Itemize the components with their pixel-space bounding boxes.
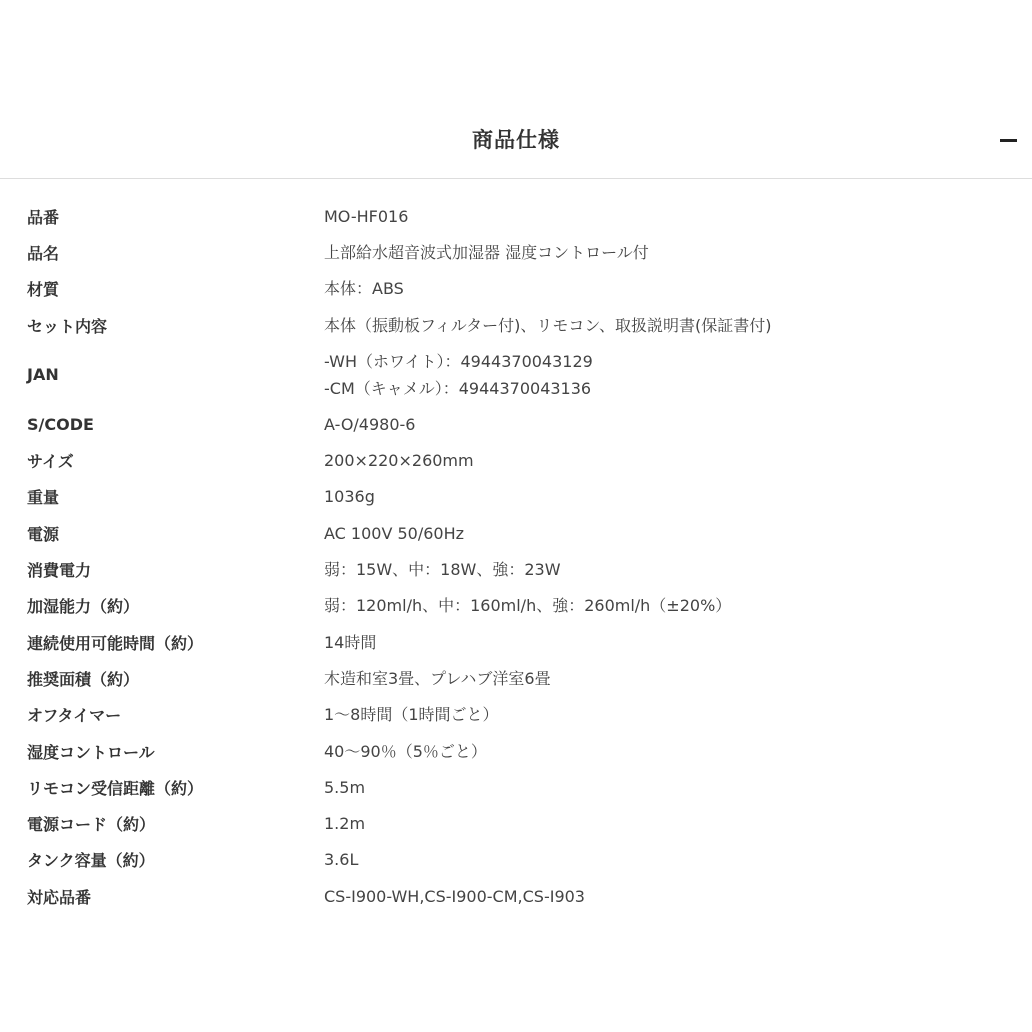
spec-value: 1〜8時間（1時間ごと） <box>324 701 1032 728</box>
spec-row-remote-range: リモコン受信距離（約） 5.5m <box>0 769 1032 805</box>
spec-value: 200×220×260mm <box>324 447 1032 474</box>
spec-label: 消費電力 <box>0 558 324 581</box>
jan-camel: -CM（キャメル）：4944370043136 <box>324 375 1032 402</box>
spec-label: タンク容量（約） <box>0 848 324 871</box>
spec-value: 5.5m <box>324 774 1032 801</box>
spec-value: CS-I900-WH,CS-I900-CM,CS-I903 <box>324 883 1032 910</box>
spec-label: オフタイマー <box>0 703 324 726</box>
spec-row-humidifying-capacity: 加湿能力（約） 弱：120ml/h、中：160ml/h、強：260ml/h（±2… <box>0 588 1032 624</box>
jan-white: -WH（ホワイト）：4944370043129 <box>324 348 1032 375</box>
spec-table: 品番 MO-HF016 品名 上部給水超音波式加湿器 湿度コントロール付 材質 … <box>0 198 1032 914</box>
spec-value: MO-HF016 <box>324 203 1032 230</box>
spec-value: -WH（ホワイト）：4944370043129 -CM（キャメル）：494437… <box>324 348 1032 402</box>
spec-value: 14時間 <box>324 629 1032 656</box>
spec-row-tank-capacity: タンク容量（約） 3.6L <box>0 842 1032 878</box>
spec-label: 重量 <box>0 485 324 508</box>
spec-row-set-contents: セット内容 本体（振動板フィルター付)、リモコン、取扱説明書(保証書付) <box>0 307 1032 343</box>
spec-value: A-O/4980-6 <box>324 411 1032 438</box>
spec-value: AC 100V 50/60Hz <box>324 520 1032 547</box>
spec-label: セット内容 <box>0 314 324 337</box>
spec-row-compatible-models: 対応品番 CS-I900-WH,CS-I900-CM,CS-I903 <box>0 878 1032 914</box>
spec-value: 40〜90％（5％ごと） <box>324 738 1032 765</box>
spec-value: 1036g <box>324 483 1032 510</box>
spec-row-power-consumption: 消費電力 弱：15W、中：18W、強：23W <box>0 551 1032 587</box>
section-title: 商品仕様 <box>0 124 1032 154</box>
spec-value: 弱：120ml/h、中：160ml/h、強：260ml/h（±20%） <box>324 592 1032 619</box>
spec-label: S/CODE <box>0 415 324 434</box>
spec-label: 電源コード（約） <box>0 812 324 835</box>
spec-row-humidity-control: 湿度コントロール 40〜90％（5％ごと） <box>0 733 1032 769</box>
spec-label: 材質 <box>0 277 324 300</box>
spec-label: 湿度コントロール <box>0 740 324 763</box>
spec-value: 3.6L <box>324 846 1032 873</box>
spec-row-continuous-use: 連続使用可能時間（約） 14時間 <box>0 624 1032 660</box>
spec-label: 推奨面積（約） <box>0 667 324 690</box>
spec-label: 対応品番 <box>0 885 324 908</box>
spec-row-part-number: 品番 MO-HF016 <box>0 198 1032 234</box>
accordion-header[interactable]: 商品仕様 <box>0 104 1032 179</box>
spec-row-product-name: 品名 上部給水超音波式加湿器 湿度コントロール付 <box>0 234 1032 270</box>
spec-label: リモコン受信距離（約） <box>0 776 324 799</box>
spec-value: 本体：ABS <box>324 275 1032 302</box>
spec-label: 連続使用可能時間（約） <box>0 631 324 654</box>
spec-label: サイズ <box>0 449 324 472</box>
spec-label: 品番 <box>0 205 324 228</box>
spec-value: 弱：15W、中：18W、強：23W <box>324 556 1032 583</box>
spec-row-size: サイズ 200×220×260mm <box>0 442 1032 478</box>
spec-value: 1.2m <box>324 810 1032 837</box>
spec-row-jan: JAN -WH（ホワイト）：4944370043129 -CM（キャメル）：49… <box>0 343 1032 406</box>
spec-row-power-cord: 電源コード（約） 1.2m <box>0 805 1032 841</box>
minus-icon[interactable] <box>1000 139 1017 142</box>
spec-row-off-timer: オフタイマー 1〜8時間（1時間ごと） <box>0 697 1032 733</box>
spec-value: 木造和室3畳、プレハブ洋室6畳 <box>324 665 1032 692</box>
spec-value: 本体（振動板フィルター付)、リモコン、取扱説明書(保証書付) <box>324 312 1032 339</box>
spec-label: 加湿能力（約） <box>0 594 324 617</box>
spec-label: 品名 <box>0 241 324 264</box>
spec-row-recommended-area: 推奨面積（約） 木造和室3畳、プレハブ洋室6畳 <box>0 660 1032 696</box>
spec-label: JAN <box>0 365 324 384</box>
spec-value: 上部給水超音波式加湿器 湿度コントロール付 <box>324 239 1032 266</box>
spec-label: 電源 <box>0 522 324 545</box>
spec-row-material: 材質 本体：ABS <box>0 271 1032 307</box>
spec-row-scode: S/CODE A-O/4980-6 <box>0 406 1032 442</box>
spec-row-power-source: 電源 AC 100V 50/60Hz <box>0 515 1032 551</box>
spec-row-weight: 重量 1036g <box>0 479 1032 515</box>
